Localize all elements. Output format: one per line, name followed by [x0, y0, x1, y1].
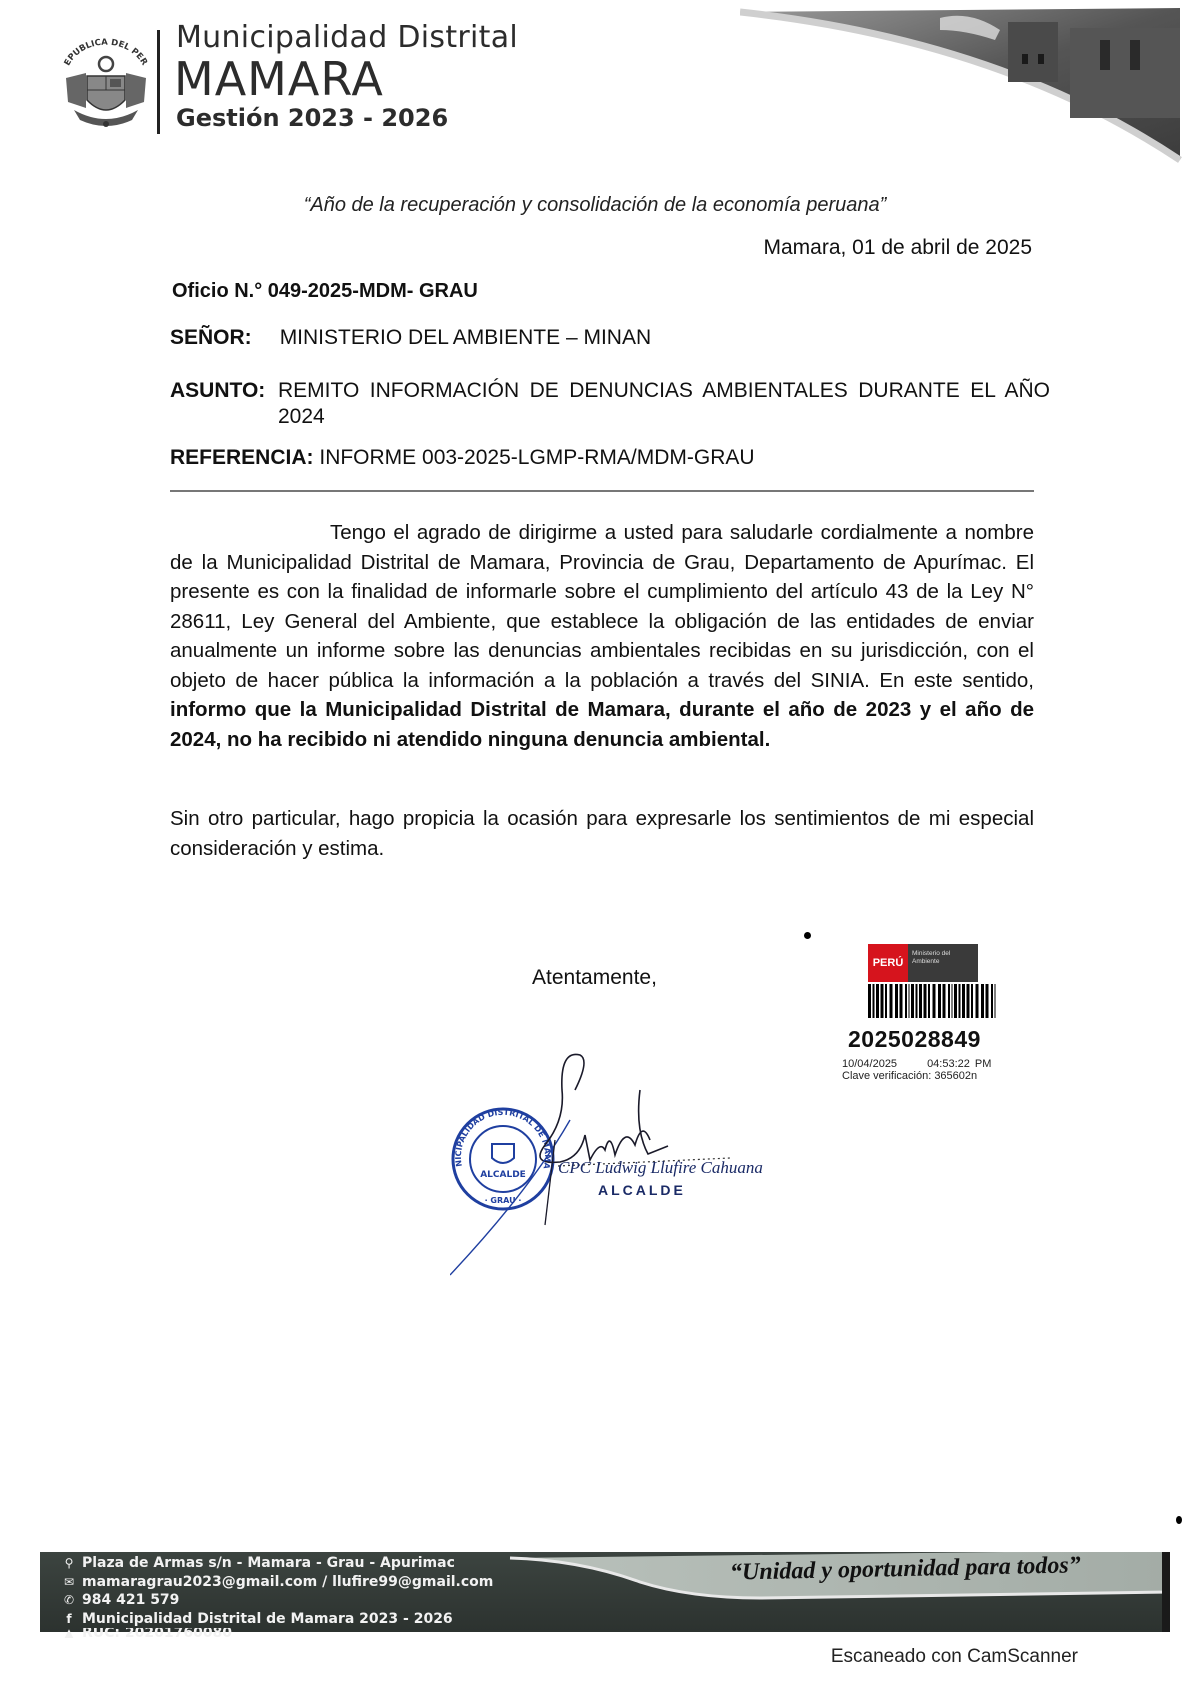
footer-emails: mamaragrau2023@gmail.com / llufire99@gma…	[82, 1573, 493, 1592]
reference-value: INFORME 003-2025-LGMP-RMA/MDM-GRAU	[319, 446, 754, 469]
oficio-number: Oficio N.° 049-2025-MDM- GRAU	[172, 280, 478, 303]
signer-title: ALCALDE	[598, 1182, 686, 1198]
reference-line: REFERENCIA: INFORME 003-2025-LGMP-RMA/MD…	[170, 446, 755, 470]
body-paragraph-1-emphasis: informo que la Municipalidad Distrital d…	[170, 698, 1034, 751]
ink-dot	[1176, 1516, 1182, 1524]
id-icon: ▲	[62, 1628, 76, 1638]
header-town-photo	[740, 0, 1190, 170]
header-divider	[157, 30, 160, 134]
registry-datetime: 10/04/202504:53:22 PM	[842, 1058, 991, 1070]
body-paragraph-1: Tengo el agrado de dirigirme a usted par…	[170, 518, 1034, 754]
signer-name: CPC Ludwig Llufire Cahuana	[558, 1158, 763, 1178]
registry-time: 04:53:22 PM	[927, 1058, 991, 1070]
camscanner-watermark: Escaneado con CamScanner	[831, 1646, 1078, 1668]
footer-phone: 984 421 579	[82, 1591, 179, 1610]
ministry-name: Ministerio del Ambiente	[908, 944, 978, 982]
place-date: Mamara, 01 de abril de 2025	[764, 236, 1033, 260]
year-motto: “Año de la recuperación y consolidación …	[0, 194, 1190, 217]
body-paragraph-1-text: Tengo el agrado de dirigirme a usted par…	[170, 521, 1034, 692]
svg-text:REPUBLICA DEL PERU: REPUBLICA DEL PERU	[56, 28, 149, 68]
footer-email-row: ✉mamaragrau2023@gmail.com / llufire99@gm…	[62, 1573, 493, 1592]
footer-ruc: RUC: 20201760080	[82, 1628, 232, 1638]
footer-address: Plaza de Armas s/n - Mamara - Grau - Apu…	[82, 1554, 455, 1573]
registry-date: 10/04/2025	[842, 1058, 897, 1070]
recipient-label: SEÑOR:	[170, 326, 252, 349]
header-separator	[170, 490, 1034, 492]
footer-contact-info: ⚲Plaza de Armas s/n - Mamara - Grau - Ap…	[62, 1554, 493, 1638]
footer-facebook: Municipalidad Distrital de Mamara 2023 -…	[82, 1610, 453, 1629]
recipient-line: SEÑOR:MINISTERIO DEL AMBIENTE – MINAN	[170, 326, 651, 350]
registry-number: 2025028849	[848, 1026, 981, 1053]
footer-facebook-row: fMunicipalidad Distrital de Mamara 2023 …	[62, 1610, 493, 1629]
verification-key: Clave verificación: 365602n	[842, 1070, 977, 1082]
subject-value: REMITO INFORMACIÓN DE DENUNCIAS AMBIENTA…	[278, 378, 1050, 430]
peru-coat-of-arms-icon: REPUBLICA DEL PERU	[56, 28, 156, 132]
registry-barcode	[868, 984, 998, 1018]
minam-logo: PERÚ Ministerio del Ambiente	[868, 944, 978, 982]
administration-period: Gestión 2023 - 2026	[176, 104, 448, 132]
footer-phone-row: ✆984 421 579	[62, 1591, 493, 1610]
mail-icon: ✉	[62, 1573, 76, 1592]
facebook-icon: f	[62, 1610, 76, 1629]
footer-ruc-row: ▲RUC: 20201760080	[62, 1628, 493, 1638]
peru-brand-mark: PERÚ	[868, 944, 908, 982]
subject-label: ASUNTO:	[170, 378, 278, 404]
whatsapp-icon: ✆	[62, 1591, 76, 1610]
reference-label: REFERENCIA:	[170, 446, 314, 469]
municipality-label: Municipalidad Distrital	[176, 20, 518, 55]
municipality-name: MAMARA	[174, 52, 384, 106]
recipient-value: MINISTERIO DEL AMBIENTE – MINAN	[280, 326, 651, 349]
location-pin-icon: ⚲	[62, 1554, 76, 1573]
ink-dot	[804, 932, 811, 939]
closing-text: Atentamente,	[532, 966, 657, 990]
footer-address-row: ⚲Plaza de Armas s/n - Mamara - Grau - Ap…	[62, 1554, 493, 1573]
body-paragraph-2: Sin otro particular, hago propicia la oc…	[170, 804, 1034, 863]
subject-line: ASUNTO: REMITO INFORMACIÓN DE DENUNCIAS …	[170, 378, 1050, 430]
